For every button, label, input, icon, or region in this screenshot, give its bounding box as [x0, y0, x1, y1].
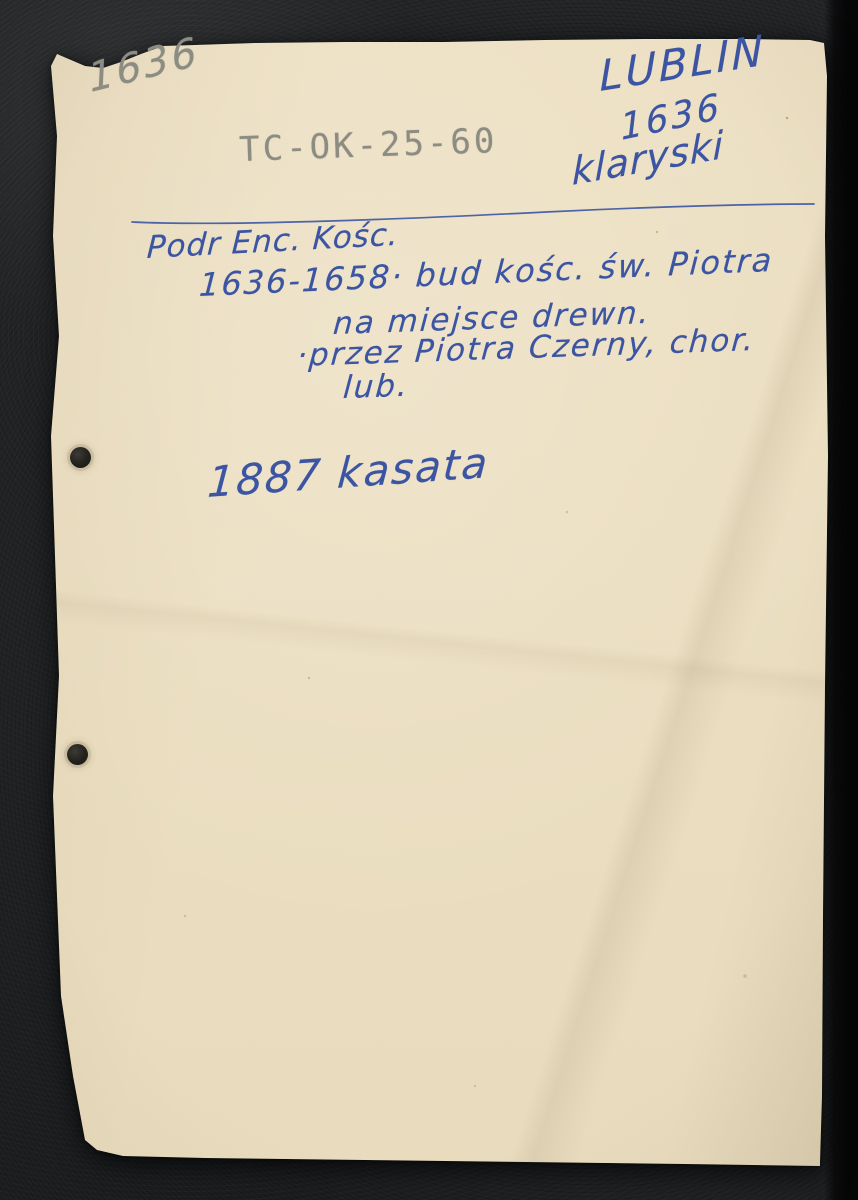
punch-hole-top: [70, 447, 91, 468]
scanned-archive-card: 1636 TC-OK-25-60 LUBLIN 1636 klaryski Po…: [0, 0, 858, 1200]
album-gutter-shadow: [824, 0, 858, 1200]
note-line-founder-cont: lub.: [342, 368, 410, 406]
punch-hole-bottom: [67, 744, 88, 765]
